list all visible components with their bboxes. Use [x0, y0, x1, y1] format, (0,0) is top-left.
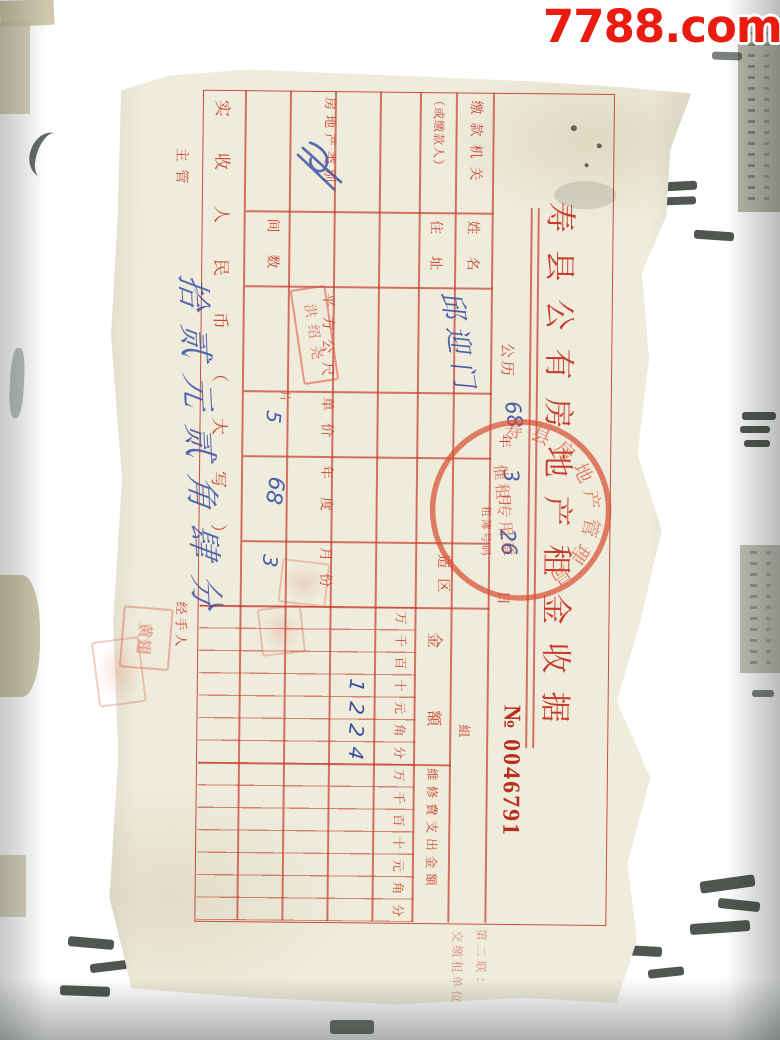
seal-ring-text: 寿县房地产管理局: [501, 411, 610, 596]
amount-digit: [321, 895, 368, 923]
date-era-label: 公历: [497, 343, 518, 379]
unit-column-label: 分: [375, 899, 407, 922]
unit-column-label: 千: [378, 629, 410, 652]
copy-note-line1: 第二联：: [473, 929, 491, 993]
official-seal: 寿县房地产管理局 催租专用章: [408, 399, 631, 622]
ink-mark: [699, 874, 755, 894]
unit-column-label: 千: [377, 786, 409, 809]
unit-column-label: 角: [376, 876, 408, 899]
adjacent-document-edge: [740, 545, 780, 673]
ink-mark: [718, 898, 761, 912]
unit-column-label: 十: [378, 674, 410, 697]
year-handwriting: 68: [260, 475, 289, 506]
ink-curve: [23, 127, 72, 182]
ink-mark: [68, 936, 115, 950]
ink-mark: [742, 412, 776, 420]
maintenance-unit-columns: 万千百十元角分: [375, 764, 409, 922]
handler-label: 经手人: [172, 601, 192, 649]
seal-center-text: 催租专用章: [490, 463, 518, 559]
unit-column-label: 十: [376, 831, 408, 854]
maintenance-digit-cells: [327, 763, 373, 921]
faint-chop-stamp: [257, 604, 306, 657]
unit-column-label: 百: [376, 809, 408, 832]
unit-price-handwriting: 5: [261, 409, 286, 424]
svg-text:寿县房地产管理局: 寿县房地产管理局: [501, 411, 610, 596]
photo-of-receipt: 寿县公有房地产租金收据 公历 68 年 3 月 26 日 租簿号码 № 0046…: [0, 0, 780, 1040]
payer-alt-label: （或缴款人）: [430, 94, 448, 172]
ink-mark: [740, 426, 770, 433]
supervisor-label: 主管: [172, 147, 192, 191]
faint-chop-stamp: [91, 636, 147, 708]
watermark: 7788.com: [543, 0, 780, 53]
ink-mark: [90, 960, 129, 974]
unit-column-label: 角: [377, 719, 409, 742]
paper-scrap: [0, 22, 30, 114]
copy-note-line2: 交缴租单位: [448, 930, 466, 1005]
faint-chop-stamp: [278, 558, 331, 607]
address-label: 住址: [426, 220, 447, 292]
crossed-out-scribble: [287, 131, 357, 204]
amount-header: 金額: [423, 632, 448, 788]
ink-smudge: [8, 348, 26, 419]
amount-digit-cells: 1224: [329, 606, 375, 763]
unit-column-label: 分: [377, 741, 409, 764]
payer-org-label: 缴款机关: [466, 101, 487, 189]
adjacent-document-edge: [738, 26, 780, 212]
paper-scrap: [0, 575, 40, 697]
month-handwriting: 3: [258, 553, 283, 568]
piece-label: 片: [277, 391, 294, 403]
unit-column-label: 元: [376, 854, 408, 877]
receipt-form: 寿县公有房地产租金收据 公历 68 年 3 月 26 日 租簿号码 № 0046…: [135, 89, 705, 1035]
unit-column-label: 万: [377, 764, 409, 787]
ink-mark: [744, 440, 770, 447]
name-label: 姓名: [463, 220, 484, 292]
unit-column-label: 万: [378, 607, 410, 630]
amount-unit-columns: 万千百十元角分: [377, 607, 411, 764]
room-count-label: 间数: [263, 218, 284, 290]
ink-mark: [690, 920, 751, 935]
unit-price-label: 单价: [317, 397, 338, 449]
unit-column-label: 元: [377, 696, 409, 719]
unit-column-label: 百: [378, 651, 410, 674]
paper-scrap: [0, 855, 26, 917]
ink-mark: [60, 985, 110, 997]
group-label: 組: [455, 724, 474, 737]
ink-mark: [752, 690, 774, 697]
serial-number: № 0046791: [496, 705, 524, 837]
name-chop-text: 洪绍尧: [300, 302, 329, 367]
year-label: 年度: [316, 465, 337, 529]
maintenance-header: 維修費支出金額: [423, 768, 442, 891]
